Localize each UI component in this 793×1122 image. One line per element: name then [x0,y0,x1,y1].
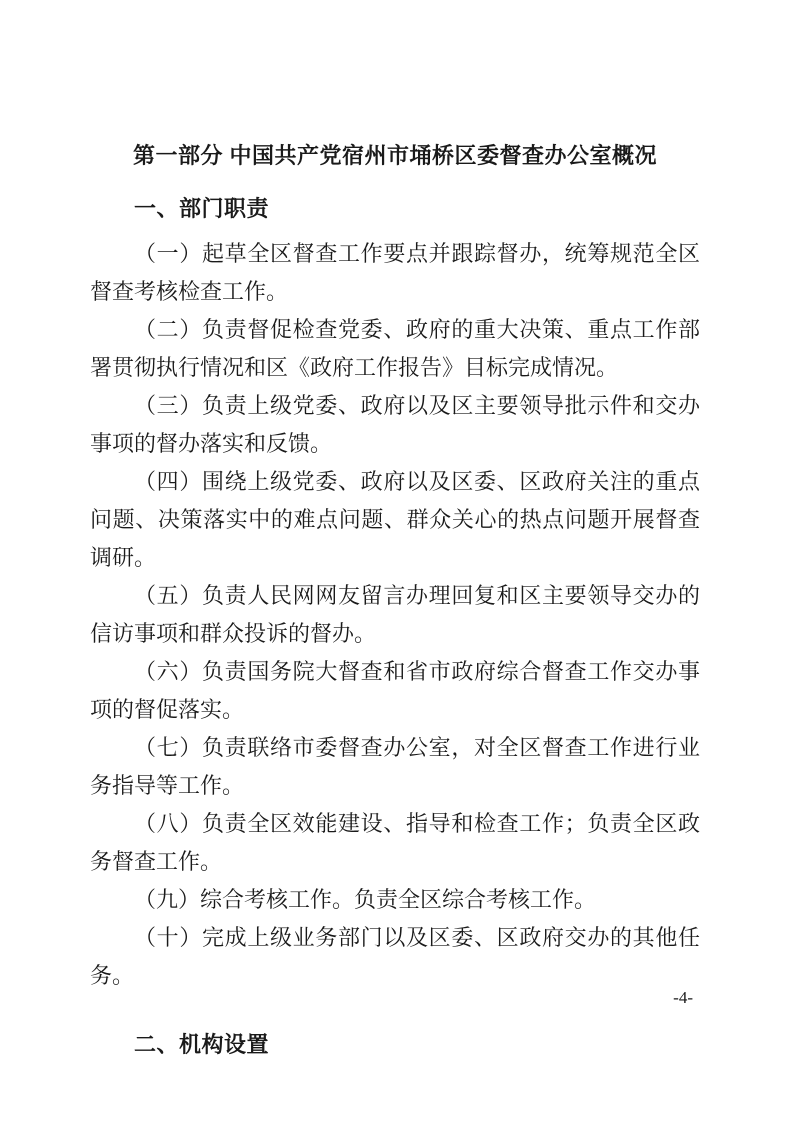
duty-item-3: （三）负责上级党委、政府以及区主要领导批示件和交办事项的督办落实和反馈。 [90,387,700,463]
section-2-heading: 二、机构设置 [90,1031,700,1059]
duty-item-10: （十）完成上级业务部门以及区委、区政府交办的其他任务。 [90,919,700,995]
duty-item-8: （八）负责全区效能建设、指导和检查工作；负责全区政务督查工作。 [90,805,700,881]
section-1-heading: 一、部门职责 [90,195,700,223]
duty-item-6: （六）负责国务院大督查和省市政府综合督查工作交办事项的督促落实。 [90,653,700,729]
duty-item-5: （五）负责人民网网友留言办理回复和区主要领导交办的信访事项和群众投诉的督办。 [90,577,700,653]
document-content: 第一部分 中国共产党宿州市埇桥区委督查办公室概况 一、部门职责 （一）起草全区督… [90,141,700,1059]
document-title: 第一部分 中国共产党宿州市埇桥区委督查办公室概况 [90,141,700,171]
duty-item-9: （九）综合考核工作。负责全区综合考核工作。 [90,881,700,919]
document-page: 第一部分 中国共产党宿州市埇桥区委督查办公室概况 一、部门职责 （一）起草全区督… [0,0,793,1122]
page-number: -4- [673,988,693,1008]
duty-item-4: （四）围绕上级党委、政府以及区委、区政府关注的重点问题、决策落实中的难点问题、群… [90,463,700,577]
duty-item-7: （七）负责联络市委督查办公室，对全区督查工作进行业务指导等工作。 [90,729,700,805]
duty-item-2: （二）负责督促检查党委、政府的重大决策、重点工作部署贯彻执行情况和区《政府工作报… [90,311,700,387]
duty-item-1: （一）起草全区督查工作要点并跟踪督办，统筹规范全区督查考核检查工作。 [90,235,700,311]
